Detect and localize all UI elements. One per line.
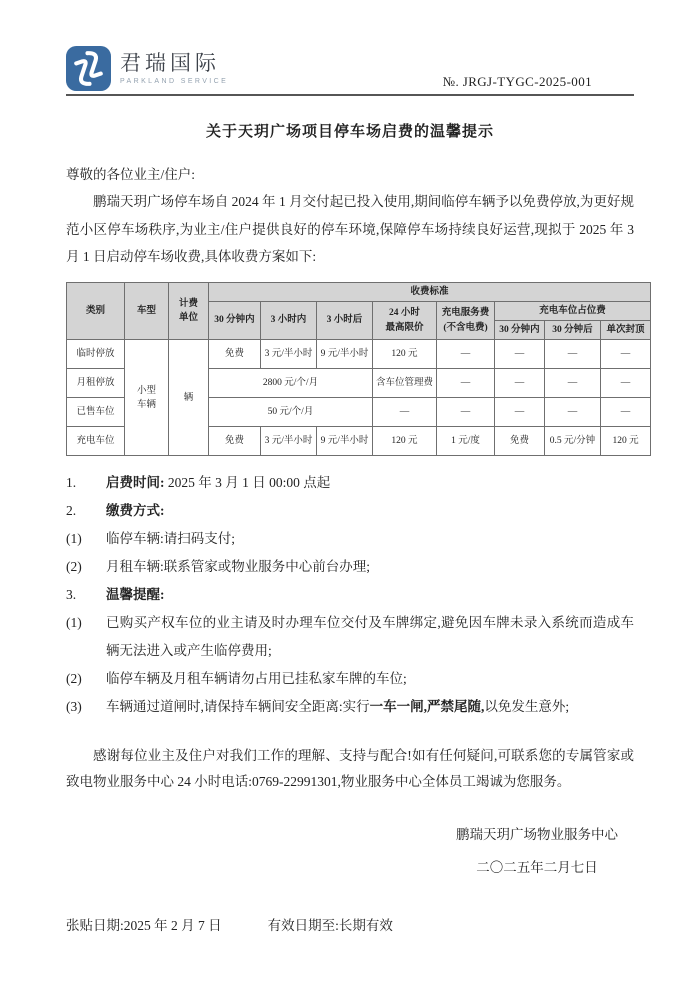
list-value: 车辆通过道闸时,请保持车辆间安全距离:实行 xyxy=(106,699,370,714)
table-cell: 3 元/半小时 xyxy=(261,427,317,456)
charge-service-line1: 充电服务费 xyxy=(438,306,493,320)
valid-date: 有效日期至:长期有效 xyxy=(268,914,393,934)
table-cell: 0.5 元/分钟 xyxy=(545,427,601,456)
signature-org: 鹏瑞天玥广场物业服务中心 xyxy=(456,825,618,845)
fee-table: 类别 车型 计费 单位 收费标准 30 分钟内 3 小时内 3 小时后 24 小… xyxy=(66,282,651,457)
post-date: 张贴日期:2025 年 2 月 7 日 xyxy=(66,914,222,934)
table-cell: — xyxy=(373,398,437,427)
vehicle-type-line1: 小型 xyxy=(126,384,167,398)
notice-title: 关于天玥广场项目停车场启费的温馨提示 xyxy=(66,120,634,141)
logo-text: 君瑞国际 PARKLAND SERVICE xyxy=(120,52,228,85)
table-header-row-1: 类别 车型 计费 单位 收费标准 xyxy=(67,282,651,301)
list-marker: (2) xyxy=(66,553,106,581)
list-text: 临停车辆及月租车辆请勿占用已挂私家车牌的车位; xyxy=(106,665,634,693)
table-cell: 3 元/半小时 xyxy=(261,340,317,369)
table-cell: — xyxy=(495,398,545,427)
list-item-1: 1. 启费时间: 2025 年 3 月 1 日 00:00 点起 xyxy=(66,469,634,497)
table-cell: — xyxy=(495,340,545,369)
table-cell: — xyxy=(437,369,495,398)
document-number: №. JRGJ-TYGC-2025-001 xyxy=(443,74,592,91)
table-cell: — xyxy=(601,340,651,369)
list-item-2-1: (1) 临停车辆:请扫码支付; xyxy=(66,525,634,553)
table-cell: — xyxy=(545,398,601,427)
col-header-24h-cap: 24 小时 最高限价 xyxy=(373,301,437,340)
table-cell: 2800 元/个/月 xyxy=(209,369,373,398)
list-marker: 3. xyxy=(66,581,106,609)
table-cell: 免费 xyxy=(209,340,261,369)
col-header-occupy-30min-in: 30 分钟内 xyxy=(495,321,545,340)
billing-unit-line1: 计费 xyxy=(170,297,207,311)
table-cell: — xyxy=(601,369,651,398)
col-header-occupy-30min-after: 30 分钟后 xyxy=(545,321,601,340)
logo-name-cn: 君瑞国际 xyxy=(120,52,228,75)
list-marker: 2. xyxy=(66,497,106,525)
footer-dates: 张贴日期:2025 年 2 月 7 日 有效日期至:长期有效 xyxy=(66,914,634,934)
table-cell: 120 元 xyxy=(601,427,651,456)
col-header-occupy-single-cap: 单次封顶 xyxy=(601,321,651,340)
parkland-logo-icon xyxy=(66,46,111,91)
list-value: 2025 年 3 月 1 日 00:00 点起 xyxy=(168,475,330,490)
closing-paragraph: 感谢每位业主及住户对我们工作的理解、支持与配合!如有任何疑问,可联系您的专属管家… xyxy=(66,743,634,795)
list-item-3-2: (2) 临停车辆及月租车辆请勿占用已挂私家车牌的车位; xyxy=(66,665,634,693)
intro-paragraph: 鹏瑞天玥广场停车场自 2024 年 1 月交付起已投入使用,期间临停车辆予以免费… xyxy=(66,188,634,271)
list-bold-phrase: 一车一闸,严禁尾随, xyxy=(370,699,485,714)
col-header-fee-standard: 收费标准 xyxy=(209,282,651,301)
table-row-temporary: 临时停放 小型 车辆 辆 免费 3 元/半小时 9 元/半小时 120 元 — … xyxy=(67,340,651,369)
list-text: 温馨提醒: xyxy=(106,581,634,609)
logo-name-en: PARKLAND SERVICE xyxy=(120,78,228,85)
list-text: 月租车辆:联系管家或物业服务中心前台办理; xyxy=(106,553,634,581)
list-heading: 温馨提醒: xyxy=(106,587,165,602)
table-cell: — xyxy=(437,398,495,427)
table-cell: 9 元/半小时 xyxy=(317,340,373,369)
list-item-2: 2. 缴费方式: xyxy=(66,497,634,525)
col-header-vehicle-type: 车型 xyxy=(125,282,169,340)
charge-service-line2: (不含电费) xyxy=(438,321,493,335)
row-label: 临时停放 xyxy=(67,340,125,369)
row-label: 充电车位 xyxy=(67,427,125,456)
billing-unit-line2: 单位 xyxy=(170,311,207,325)
table-cell: — xyxy=(495,369,545,398)
table-cell: 含车位管理费 xyxy=(373,369,437,398)
page-header: 君瑞国际 PARKLAND SERVICE №. JRGJ-TYGC-2025-… xyxy=(66,46,634,96)
cap-24h-line1: 24 小时 xyxy=(374,306,435,320)
list-heading: 缴费方式: xyxy=(106,503,165,518)
list-item-3-3: (3) 车辆通过道闸时,请保持车辆间安全距离:实行一车一闸,严禁尾随,以免发生意… xyxy=(66,693,634,721)
list-marker: (2) xyxy=(66,665,106,693)
cap-24h-line2: 最高限价 xyxy=(374,321,435,335)
table-cell: 50 元/个/月 xyxy=(209,398,373,427)
col-header-30min-in: 30 分钟内 xyxy=(209,301,261,340)
col-header-3h-in: 3 小时内 xyxy=(261,301,317,340)
col-header-charge-occupy: 充电车位占位费 xyxy=(495,301,651,320)
list-item-3: 3. 温馨提醒: xyxy=(66,581,634,609)
list-value: 以免发生意外; xyxy=(484,699,569,714)
list-marker: (1) xyxy=(66,609,106,665)
list-marker: (3) xyxy=(66,693,106,721)
list-heading: 启费时间: xyxy=(106,475,165,490)
col-header-category: 类别 xyxy=(67,282,125,340)
table-cell: 免费 xyxy=(495,427,545,456)
table-cell: — xyxy=(437,340,495,369)
table-cell: 9 元/半小时 xyxy=(317,427,373,456)
row-label: 月租停放 xyxy=(67,369,125,398)
vehicle-type-cell: 小型 车辆 xyxy=(125,340,169,456)
signature-date: 二〇二五年二月七日 xyxy=(456,858,618,878)
table-cell: — xyxy=(601,398,651,427)
salutation: 尊敬的各位业主/住户: xyxy=(66,161,634,188)
list-marker: (1) xyxy=(66,525,106,553)
vehicle-type-line2: 车辆 xyxy=(126,398,167,412)
billing-unit-cell: 辆 xyxy=(169,340,209,456)
table-cell: 1 元/度 xyxy=(437,427,495,456)
list-text: 临停车辆:请扫码支付; xyxy=(106,525,634,553)
signature: 鹏瑞天玥广场物业服务中心 二〇二五年二月七日 xyxy=(456,825,618,878)
list-text: 已购买产权车位的业主请及时办理车位交付及车牌绑定,避免因车牌未录入系统而造成车辆… xyxy=(106,609,634,665)
signature-block: 鹏瑞天玥广场物业服务中心 二〇二五年二月七日 xyxy=(66,825,634,878)
list-text: 启费时间: 2025 年 3 月 1 日 00:00 点起 xyxy=(106,469,634,497)
list-item-3-1: (1) 已购买产权车位的业主请及时办理车位交付及车牌绑定,避免因车牌未录入系统而… xyxy=(66,609,634,665)
list-text: 缴费方式: xyxy=(106,497,634,525)
notice-list: 1. 启费时间: 2025 年 3 月 1 日 00:00 点起 2. 缴费方式… xyxy=(66,469,634,721)
col-header-3h-after: 3 小时后 xyxy=(317,301,373,340)
company-logo: 君瑞国际 PARKLAND SERVICE xyxy=(66,46,228,91)
row-label: 已售车位 xyxy=(67,398,125,427)
col-header-charge-service-fee: 充电服务费 (不含电费) xyxy=(437,301,495,340)
notice-page: 君瑞国际 PARKLAND SERVICE №. JRGJ-TYGC-2025-… xyxy=(0,0,700,990)
list-marker: 1. xyxy=(66,469,106,497)
list-text: 车辆通过道闸时,请保持车辆间安全距离:实行一车一闸,严禁尾随,以免发生意外; xyxy=(106,693,634,721)
col-header-billing-unit: 计费 单位 xyxy=(169,282,209,340)
table-cell: 120 元 xyxy=(373,340,437,369)
table-cell: 120 元 xyxy=(373,427,437,456)
table-cell: — xyxy=(545,369,601,398)
table-cell: 免费 xyxy=(209,427,261,456)
table-cell: — xyxy=(545,340,601,369)
list-item-2-2: (2) 月租车辆:联系管家或物业服务中心前台办理; xyxy=(66,553,634,581)
